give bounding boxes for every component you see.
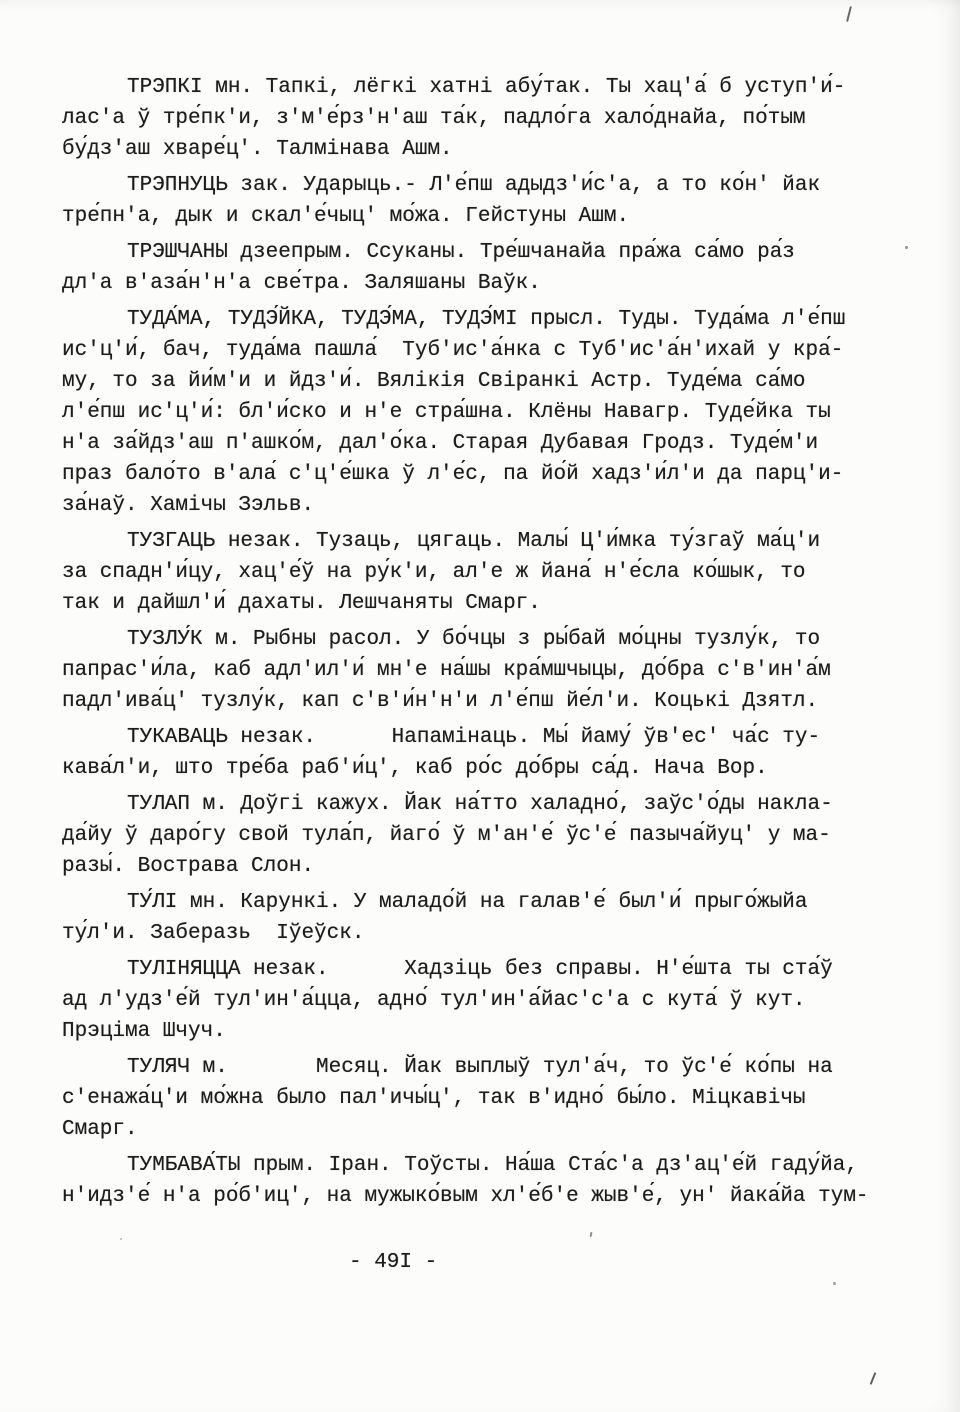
dictionary-entry-tuli: ТУ́ЛІ мн. Карункі. У маладо́й на галав'е… [62, 887, 908, 949]
dictionary-entry-tuzluk: ТУЗЛУ́К м. Рыбны расол. У бо́чцы з ры́ба… [62, 624, 908, 717]
dictionary-entry-trepnuts: ТРЭПНУЦЬ зак. Ударыць.- Л'е́пш адыдз'и́с… [62, 170, 908, 232]
dictionary-entry-trepki: ТРЭПКІ мн. Тапкі, лёгкі хатні абу́так. Т… [62, 72, 908, 165]
dictionary-entry-treshchany: ТРЭШЧАНЫ дзеепрым. Ссуканы. Тре́шчанайа … [62, 237, 908, 299]
dictionary-entry-tukavats: ТУКАВАЦЬ незак. Напамінаць. Мы́ йаму́ ўв… [62, 722, 908, 784]
scan-speck [120, 1238, 122, 1240]
scanned-dictionary-page: ТРЭПКІ мн. Тапкі, лёгкі хатні абу́так. Т… [0, 0, 960, 1412]
dictionary-entry-tulinyatstsa: ТУЛІНЯЦЦА незак. Хадзіць без справы. Н'е… [62, 954, 908, 1047]
dictionary-entry-tulyach: ТУЛЯЧ м. Месяц. Йак выплыў тул'а́ч, то ў… [62, 1052, 908, 1145]
dictionary-entry-tumbavaty: ТУМБАВА́ТЫ прым. Іран. Тоўсты. На́ша Ста… [62, 1150, 908, 1212]
scan-speck [833, 1282, 836, 1285]
dictionary-entry-tudama: ТУДА́МА, ТУДЭ́ЙКА, ТУДЭ́МА, ТУДЭ́МІ прыс… [62, 304, 908, 521]
page-number: - 49I - [349, 1247, 437, 1278]
scan-speck [846, 6, 852, 22]
scan-speck [590, 1232, 593, 1237]
scan-speck [870, 1372, 877, 1385]
page-text-block: ТРЭПКІ мн. Тапкі, лёгкі хатні абу́так. Т… [62, 72, 908, 1217]
dictionary-entry-tuzgats: ТУЗГАЦЬ незак. Тузаць, цягаць. Малы́ Ц'и… [62, 526, 908, 619]
dictionary-entry-tulap: ТУЛАП м. Доўгі кажух. Йак на́тто халадно… [62, 789, 908, 882]
scan-speck [905, 246, 908, 249]
